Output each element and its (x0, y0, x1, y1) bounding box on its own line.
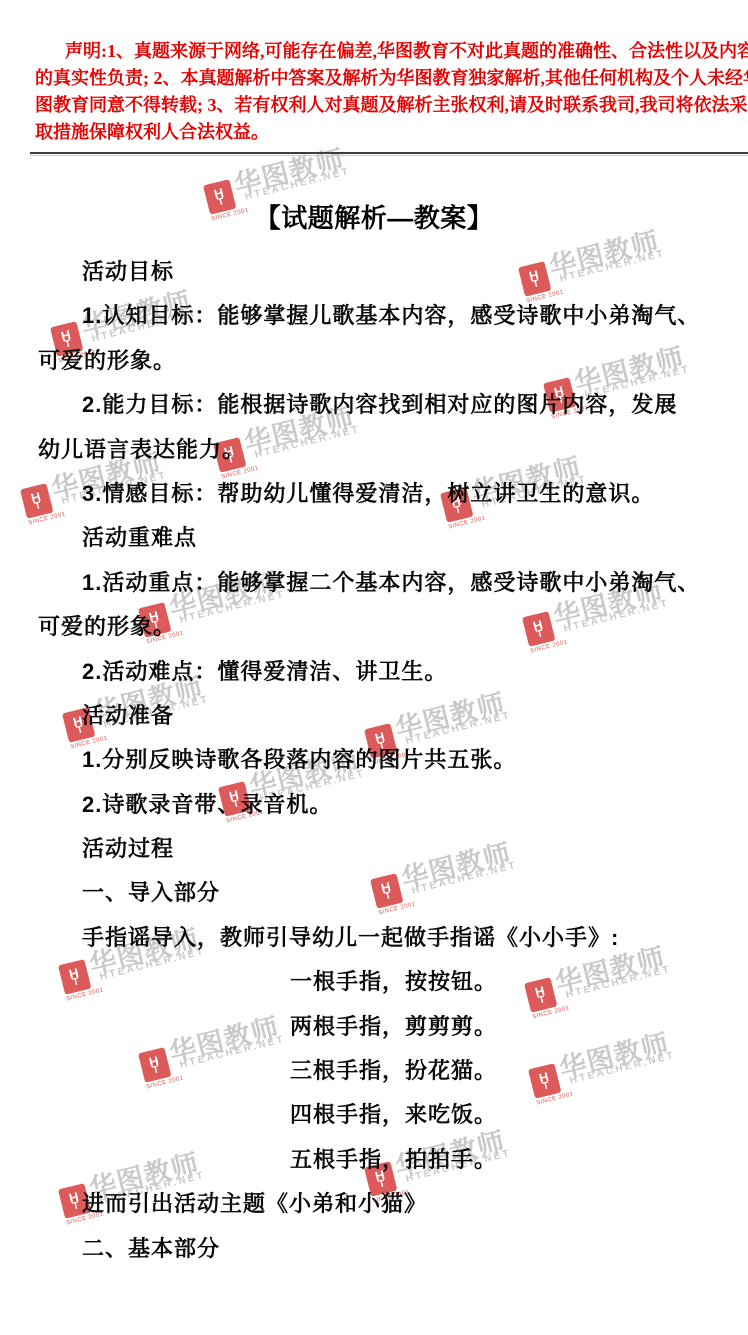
body-line: 1.活动重点：能够掌握二个基本内容，感受诗歌中小弟淘气、 (38, 561, 720, 605)
lesson-plan-body: 活动目标1.认知目标：能够掌握儿歌基本内容，感受诗歌中小弟淘气、可爱的形象。2.… (0, 250, 748, 1271)
body-line: 活动过程 (38, 827, 720, 871)
verse-line: 一根手指，按按钮。 (290, 960, 720, 1004)
body-line: 一、导入部分 (38, 871, 720, 915)
body-line: 活动准备 (38, 694, 720, 738)
verse-line: 五根手指，拍拍手。 (290, 1138, 720, 1182)
body-line: 二、基本部分 (38, 1227, 720, 1271)
disclaimer-line: 声明:1、真题来源于网络,可能存在偏差,华图教育不对此真题的准确性、合法性以及内… (35, 38, 740, 65)
body-line: 2.活动难点：懂得爱清洁、讲卫生。 (38, 650, 720, 694)
disclaimer-lead: 声明: (65, 41, 107, 61)
body-line: 1.认知目标：能够掌握儿歌基本内容，感受诗歌中小弟淘气、 (38, 294, 720, 338)
body-line: 幼儿语言表达能力。 (38, 428, 720, 472)
disclaimer-line: 图教育同意不得转载; 3、若有权利人对真题及解析主张权利,请及时联系我司,我司将… (35, 92, 740, 119)
document-content: 声明:1、真题来源于网络,可能存在偏差,华图教育不对此真题的准确性、合法性以及内… (0, 38, 748, 1271)
disclaimer-text: 1、真题来源于网络,可能存在偏差,华图教育不对此真题的准确性、合法性以及内容 (107, 41, 748, 61)
body-line: 活动重难点 (38, 516, 720, 560)
verse-line: 四根手指，来吃饭。 (290, 1093, 720, 1137)
body-line: 1.分别反映诗歌各段落内容的图片共五张。 (38, 738, 720, 782)
section-divider (30, 152, 748, 156)
disclaimer-line: 取措施保障权利人合法权益。 (35, 119, 740, 146)
body-line: 2.能力目标：能根据诗歌内容找到相对应的图片内容，发展 (38, 383, 720, 427)
disclaimer-line: 的真实性负责; 2、本真题解析中答案及解析为华图教育独家解析,其他任何机构及个人… (35, 65, 740, 92)
body-line: 可爱的形象。 (38, 339, 720, 383)
body-line: 可爱的形象。 (38, 605, 720, 649)
page-title: 【试题解析—教案】 (0, 200, 748, 236)
verse-line: 三根手指，扮花猫。 (290, 1049, 720, 1093)
body-line: 手指谣导入，教师引导幼儿一起做手指谣《小小手》: (38, 916, 720, 960)
body-line: 2.诗歌录音带、录音机。 (38, 783, 720, 827)
body-line: 活动目标 (38, 250, 720, 294)
body-line: 进而引出活动主题《小弟和小猫》 (38, 1182, 720, 1226)
document-page: HTSINCE 2001华图教师HTEACHER.NETHTSINCE 2001… (0, 0, 748, 1335)
disclaimer: 声明:1、真题来源于网络,可能存在偏差,华图教育不对此真题的准确性、合法性以及内… (35, 38, 740, 146)
body-line: 3.情感目标：帮助幼儿懂得爱清洁，树立讲卫生的意识。 (38, 472, 720, 516)
verse-line: 两根手指，剪剪剪。 (290, 1005, 720, 1049)
